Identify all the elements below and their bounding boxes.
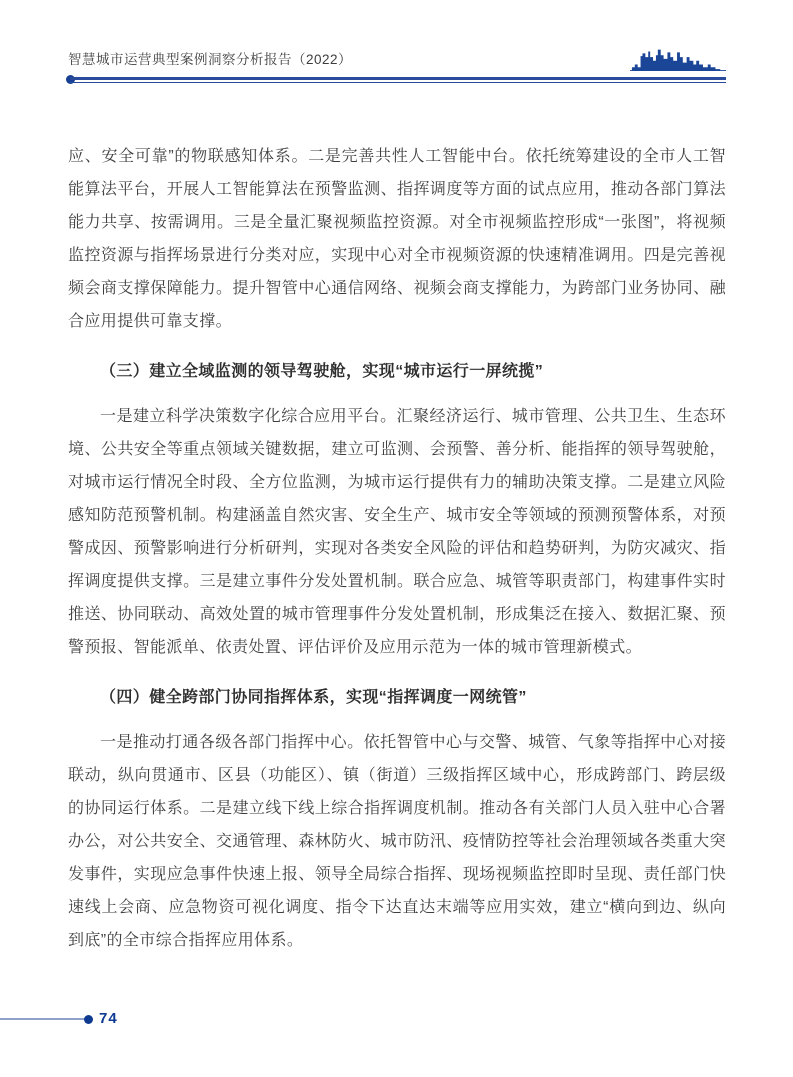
section-heading-3: （三）建立全域监测的领导驾驶舱，实现“城市运行一屏统揽” [68, 355, 726, 388]
page-number: 74 [99, 1010, 118, 1027]
paragraph-iot-ai-video: 应、安全可靠”的物联感知体系。二是完善共性人工智能中台。依托统筹建设的全市人工智… [68, 140, 726, 338]
footer-rule [0, 1018, 85, 1020]
city-skyline-icon [630, 45, 726, 71]
header-rule-thick-line [70, 77, 726, 80]
header-rule [68, 77, 726, 83]
report-title: 智慧城市运营典型案例洞察分析报告（2022） [68, 50, 726, 70]
header-rule-thin-line [70, 82, 726, 83]
document-body: 应、安全可靠”的物联感知体系。二是完善共性人工智能中台。依托统筹建设的全市人工智… [68, 140, 726, 957]
section-heading-4: （四）健全跨部门协同指挥体系，实现“指挥调度一网统管” [68, 681, 726, 714]
footer-dot-icon [84, 1015, 93, 1024]
page-header: 智慧城市运营典型案例洞察分析报告（2022） [68, 50, 726, 83]
document-page: 智慧城市运营典型案例洞察分析报告（2022） 应、安全可靠”的物联感知体系。二是… [0, 0, 793, 1077]
paragraph-cockpit-monitoring: 一是建立科学决策数字化综合应用平台。汇聚经济运行、城市管理、公共卫生、生态环境、… [68, 400, 726, 664]
paragraph-command-system: 一是推动打通各级各部门指挥中心。依托智管中心与交警、城管、气象等指挥中心对接联动… [68, 726, 726, 957]
